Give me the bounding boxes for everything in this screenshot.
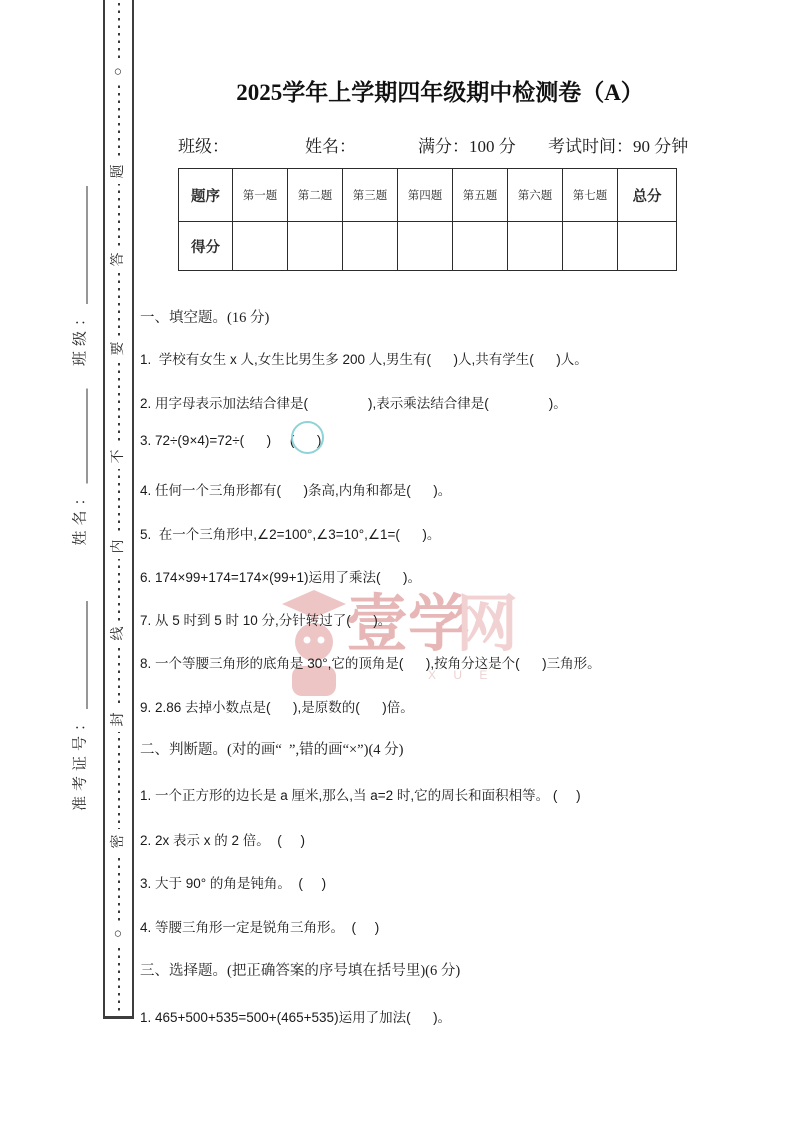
section-3-heading: 三、选择题。(把正确答案的序号填在括号里)(6 分) xyxy=(140,959,460,980)
score-cell xyxy=(508,222,563,271)
judge-q4: 4. 等腰三角形一定是锐角三角形。 ( ) xyxy=(140,916,379,936)
exam-duration-label: 考试时间：90 分钟 xyxy=(548,132,688,157)
q7-header: 第七题 xyxy=(563,169,618,222)
score-cell xyxy=(288,222,343,271)
name-blank-line xyxy=(72,388,88,483)
judge-q2: 2. 2x 表示 x 的 2 倍。 ( ) xyxy=(140,829,305,849)
q6-header: 第六题 xyxy=(508,169,563,222)
score-table-score-row: 得分 xyxy=(179,222,677,271)
score-row-label: 得分 xyxy=(179,222,233,271)
fill-blank-q5: 5. 在一个三角形中,∠2=100°,∠3=10°,∠1=( )。 xyxy=(140,523,440,543)
question-order-header: 题序 xyxy=(179,169,233,222)
q5-header: 第五题 xyxy=(453,169,508,222)
fill-blank-q7: 7. 从 5 时到 5 时 10 分,分针转过了( )。 xyxy=(140,609,391,629)
score-cell xyxy=(563,222,618,271)
seal-dotted-line xyxy=(118,3,120,1013)
score-cell xyxy=(618,222,677,271)
fill-blank-q8: 8. 一个等腰三角形的底角是 30°,它的顶角是( ),按角分这是个( )三角形… xyxy=(140,652,601,672)
watermark-brand-outline-text: 网 xyxy=(456,594,518,656)
score-table-header-row: 题序 第一题 第二题 第三题 第四题 第五题 第六题 第七题 总分 xyxy=(179,169,677,222)
seal-char: 不 xyxy=(107,444,130,469)
q2-header: 第二题 xyxy=(288,169,343,222)
margin-class-label: 班级： xyxy=(69,186,90,366)
score-cell xyxy=(233,222,288,271)
answer-circle-annotation xyxy=(291,421,324,454)
seal-char-circle-bottom: ○ xyxy=(107,921,130,946)
fill-blank-q6: 6. 174×99+174=174×(99+1)运用了乘法( )。 xyxy=(140,566,421,586)
score-table: 题序 第一题 第二题 第三题 第四题 第五题 第六题 第七题 总分 得分 xyxy=(178,168,677,271)
section-2-heading: 二、判断题。(对的画“ ”,错的画“×”)(4 分) xyxy=(140,738,403,759)
watermark-logo: 壹学 网 X U E xyxy=(280,586,510,706)
seal-char: 线 xyxy=(107,621,130,646)
fill-blank-q9: 9. 2.86 去掉小数点是( ),是原数的( )倍。 xyxy=(140,696,414,716)
margin-class-label-text: 班级： xyxy=(73,306,89,366)
q3-header: 第三题 xyxy=(343,169,398,222)
class-field-label: 班级： xyxy=(178,132,229,157)
class-blank-line xyxy=(72,186,88,304)
seal-char: 题 xyxy=(107,159,130,184)
seal-char: 内 xyxy=(107,534,130,559)
exam-paper-page: 壹学 网 X U E ○ 题 答 要 不 内 线 封 密 ○ 班级： 姓名： 准… xyxy=(0,0,793,1122)
judge-q3: 3. 大于 90° 的角是钝角。 ( ) xyxy=(140,872,326,892)
q4-header: 第四题 xyxy=(398,169,453,222)
seal-line-column: ○ 题 答 要 不 内 线 封 密 ○ xyxy=(103,0,134,1019)
seal-char: 封 xyxy=(107,707,130,732)
seal-char: 答 xyxy=(107,247,130,272)
score-cell xyxy=(343,222,398,271)
name-field-label: 姓名： xyxy=(305,132,356,157)
fill-blank-q1: 1. 学校有女生 x 人,女生比男生多 200 人,男生有( )人,共有学生( … xyxy=(140,348,588,368)
margin-name-label-text: 姓名： xyxy=(73,485,89,545)
choice-q1: 1. 465+500+535=500+(465+535)运用了加法( )。 xyxy=(140,1006,451,1026)
score-cell xyxy=(453,222,508,271)
section-1-heading: 一、填空题。(16 分) xyxy=(140,306,269,327)
full-score-label: 满分：100 分 xyxy=(418,132,516,157)
seal-char: 密 xyxy=(107,829,130,854)
page-title: 2025学年上学期四年级期中检测卷（A） xyxy=(140,74,740,107)
fill-blank-q4: 4. 任何一个三角形都有( )条高,内角和都是( )。 xyxy=(140,479,451,499)
mascot-graduate-icon xyxy=(280,590,348,698)
exam-number-blank-line xyxy=(72,601,88,709)
margin-exam-number-label-text: 准考证号： xyxy=(73,711,89,811)
fill-blank-q2: 2. 用字母表示加法结合律是( ),表示乘法结合律是( )。 xyxy=(140,392,567,412)
margin-name-label: 姓名： xyxy=(69,388,90,545)
q1-header: 第一题 xyxy=(233,169,288,222)
total-score-header: 总分 xyxy=(618,169,677,222)
margin-exam-number-label: 准考证号： xyxy=(69,601,90,811)
seal-char-circle-top: ○ xyxy=(107,59,130,84)
seal-char: 要 xyxy=(107,336,130,361)
judge-q1: 1. 一个正方形的边长是 a 厘米,那么,当 a=2 时,它的周长和面积相等。 … xyxy=(140,784,581,804)
score-cell xyxy=(398,222,453,271)
